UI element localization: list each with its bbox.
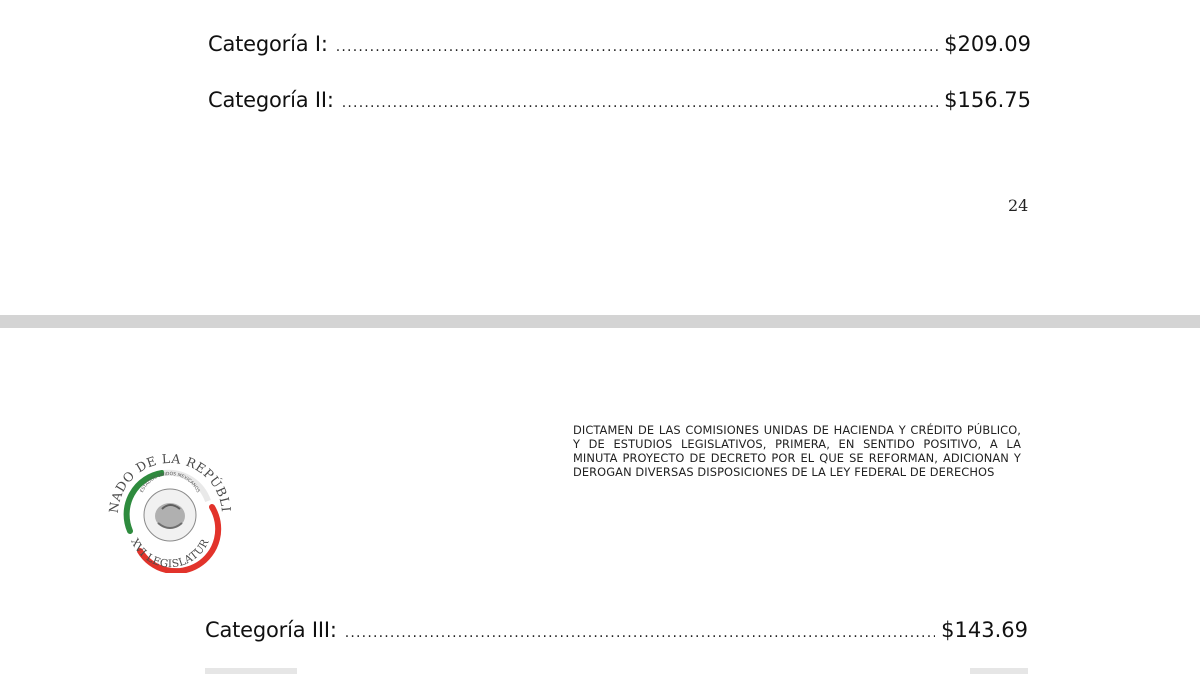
fee-label: Categoría II: xyxy=(208,87,334,113)
fee-label: Categoría I: xyxy=(208,31,328,57)
fee-row-categoria-iii: Categoría III: $143.69 xyxy=(205,617,1028,646)
dot-leader xyxy=(336,34,938,60)
dot-leader xyxy=(342,90,938,116)
page-separator xyxy=(0,315,1200,328)
document-page-24: Categoría I: $209.09 Categoría II: $156.… xyxy=(0,0,1200,315)
fee-row-categoria-ii: Categoría II: $156.75 xyxy=(208,87,1031,116)
dictamen-header: DICTAMEN DE LAS COMISIONES UNIDAS DE HAC… xyxy=(573,423,1021,479)
fee-amount: $143.69 xyxy=(941,617,1028,643)
fee-label: Categoría III: xyxy=(205,617,337,643)
page-number: 24 xyxy=(1008,196,1028,215)
senado-seal-icon: SENADO DE LA REPÚBLICA ESTADOS UNIDOS ME… xyxy=(100,443,240,573)
cropped-fee-row xyxy=(205,668,1028,674)
fee-row-categoria-i: Categoría I: $209.09 xyxy=(208,31,1031,60)
dot-leader xyxy=(345,620,935,646)
fee-amount: $209.09 xyxy=(944,31,1031,57)
fee-amount: $156.75 xyxy=(944,87,1031,113)
